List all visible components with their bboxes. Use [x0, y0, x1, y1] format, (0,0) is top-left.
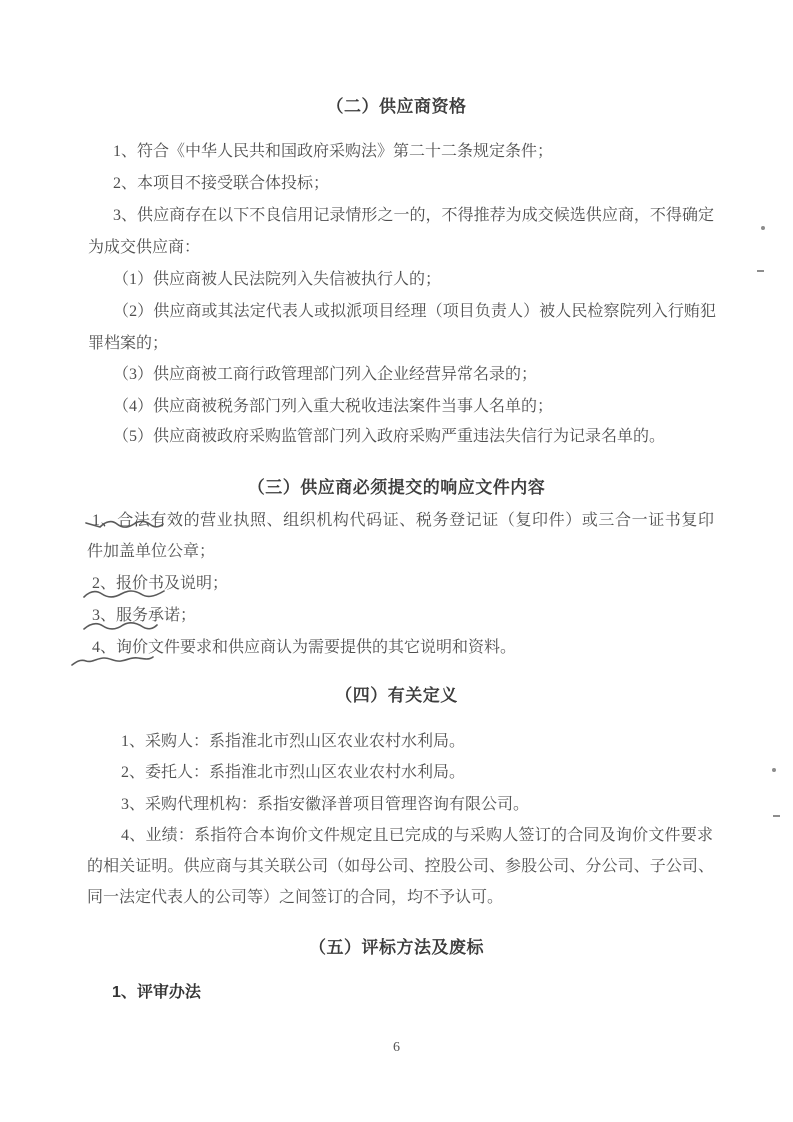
doc-line: 4、询价文件要求和供应商认为需要提供的其它说明和资料。	[92, 638, 516, 658]
scan-speck	[761, 226, 765, 230]
doc-line: 1、合法有效的营业执照、组织机构代码证、税务登记证（复印件）或三合一证书复印	[92, 511, 714, 533]
scan-speck	[773, 815, 780, 817]
scan-speck	[772, 768, 776, 772]
document-page: （二）供应商资格 1、符合《中华人民共和国政府采购法》第二十二条规定条件； 2、…	[0, 0, 793, 1122]
section-3-heading: （三）供应商必须提交的响应文件内容	[0, 473, 793, 498]
doc-line: 1、评审办法	[112, 983, 201, 1003]
doc-line: 2、本项目不接受联合体投标；	[113, 174, 329, 194]
pen-underline-mark	[83, 620, 159, 632]
section-2-heading: （二）供应商资格	[0, 92, 793, 117]
doc-line: （5）供应商被政府采购监管部门列入政府采购严重违法失信行为记录名单的。	[113, 427, 665, 447]
pen-underline-mark	[85, 519, 165, 531]
section-5-heading: （五）评标方法及废标	[0, 933, 793, 958]
doc-line: 4、业绩：系指符合本询价文件规定且已完成的与采购人签订的合同及询价文件要求	[121, 826, 713, 848]
section-4-heading: （四）有关定义	[0, 681, 793, 706]
page-number: 6	[0, 1040, 793, 1056]
pen-underline-mark	[71, 654, 154, 667]
doc-line: （1）供应商被人民法院列入失信被执行人的；	[113, 270, 441, 290]
doc-line: （4）供应商被税务部门列入重大税收违法案件当事人名单的；	[113, 397, 553, 417]
doc-line: 为成交供应商：	[88, 238, 200, 258]
doc-line: （2）供应商或其法定代表人或拟派项目经理（项目负责人）被人民检察院列入行贿犯	[113, 302, 716, 324]
doc-line: （3）供应商被工商行政管理部门列入企业经营异常名录的；	[113, 365, 537, 385]
doc-line: 3、采购代理机构：系指安徽泽普项目管理咨询有限公司。	[121, 795, 529, 815]
doc-line: 的相关证明。供应商与其关联公司（如母公司、控股公司、参股公司、分公司、子公司、	[87, 857, 714, 879]
doc-line: 同一法定代表人的公司等）之间签订的合同，均不予认可。	[87, 888, 503, 908]
doc-line: 罪档案的；	[88, 334, 168, 354]
scan-speck	[757, 270, 764, 272]
pen-underline-mark	[83, 588, 166, 600]
doc-line: 件加盖单位公章；	[87, 542, 215, 562]
doc-line: 1、符合《中华人民共和国政府采购法》第二十二条规定条件；	[113, 142, 553, 162]
doc-line: 3、供应商存在以下不良信用记录情形之一的，不得推荐为成交候选供应商，不得确定	[113, 206, 714, 228]
doc-line: 1、采购人：系指淮北市烈山区农业农村水利局。	[121, 732, 465, 752]
doc-line: 2、委托人：系指淮北市烈山区农业农村水利局。	[121, 763, 465, 783]
